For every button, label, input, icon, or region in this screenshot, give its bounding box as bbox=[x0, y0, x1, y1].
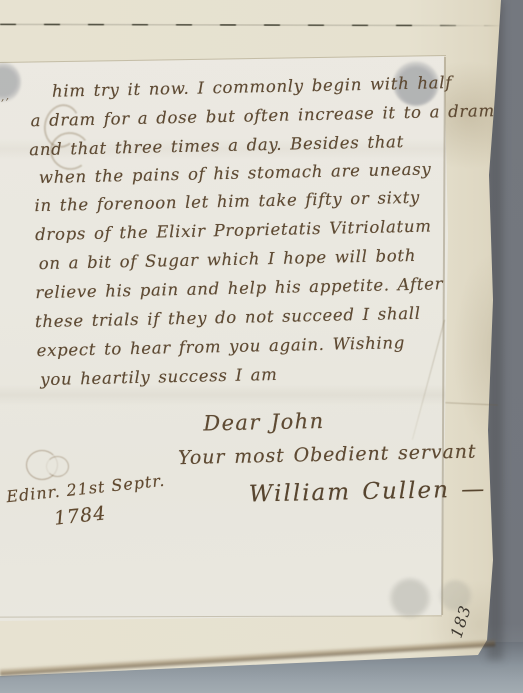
manuscript-line: you heartily success I am bbox=[40, 365, 278, 389]
manuscript-line: when the pains of his stomach are uneasy bbox=[39, 159, 432, 187]
manuscript-line: these trials if they do not succeed I sh… bbox=[35, 304, 421, 331]
manuscript-line: on a bit of Sugar which I hope will both bbox=[39, 246, 417, 273]
manuscript-text: him try it now. I commonly begin with ha… bbox=[0, 0, 523, 693]
manuscript-line: drops of the Elixir Proprietatis Vitriol… bbox=[35, 216, 432, 244]
manuscript-photo: ′′ him try it now. I commonly begin with… bbox=[0, 0, 523, 693]
manuscript-line: expect to hear from you again. Wishing bbox=[36, 333, 405, 360]
manuscript-line: and that three times a day. Besides that bbox=[29, 132, 404, 159]
manuscript-line: him try it now. I commonly begin with ha… bbox=[52, 73, 452, 101]
manuscript-line: a dram for a dose but often increase it … bbox=[30, 101, 495, 130]
closing-salutation: Dear John bbox=[203, 409, 325, 436]
manuscript-line: relieve his pain and help his appetite. … bbox=[35, 274, 443, 302]
manuscript-line: in the forenoon let him take fifty or si… bbox=[34, 188, 420, 215]
signature: William Cullen — bbox=[249, 476, 487, 507]
closing-valediction: Your most Obedient servant bbox=[178, 441, 477, 470]
